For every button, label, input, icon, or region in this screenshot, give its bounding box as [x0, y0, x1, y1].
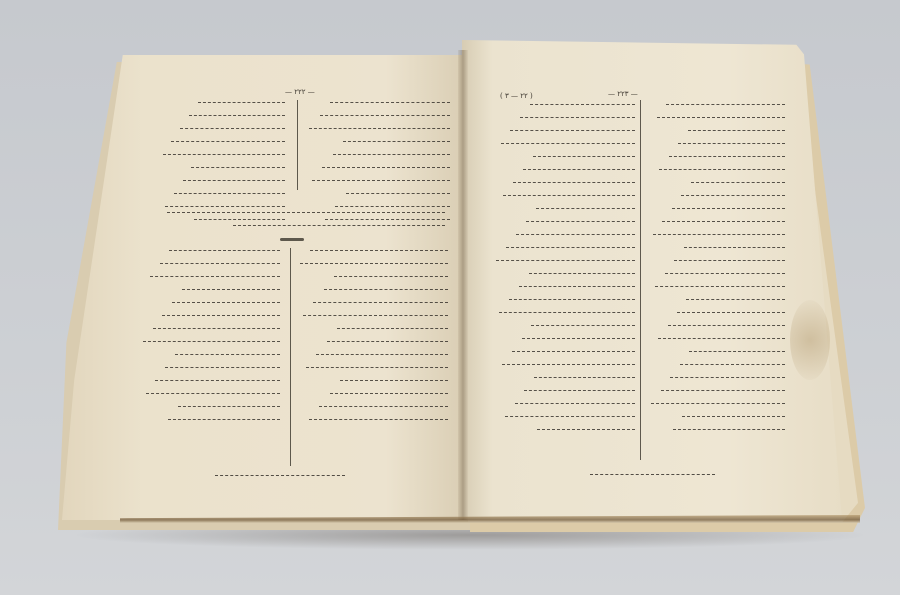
script-line [530, 104, 635, 107]
script-line [160, 263, 280, 266]
script-line [515, 403, 635, 406]
script-line [520, 117, 635, 120]
paper-stain [790, 300, 830, 380]
script-line [653, 234, 785, 237]
script-line [688, 130, 785, 133]
script-line [684, 247, 785, 250]
script-line [510, 130, 635, 133]
script-line [335, 206, 450, 209]
script-line [175, 354, 280, 357]
script-line [533, 156, 635, 159]
script-line [310, 250, 448, 253]
script-line [171, 141, 285, 144]
script-line [168, 419, 280, 422]
section-divider-ornament [280, 238, 304, 241]
script-line [233, 225, 445, 228]
left-page-bottom-col-1 [140, 250, 280, 432]
script-line [686, 299, 785, 302]
script-line [529, 273, 635, 276]
script-line [143, 341, 280, 344]
script-line [346, 193, 450, 196]
script-line [499, 312, 635, 315]
right-page-header-label: ( ٢٢ — ٣ ) [500, 92, 533, 100]
book-spine [458, 50, 468, 520]
script-line [309, 128, 450, 131]
script-line [330, 393, 449, 396]
script-line [322, 167, 450, 170]
script-line [691, 182, 786, 185]
script-line [655, 286, 785, 289]
script-line [680, 364, 785, 367]
script-line [165, 206, 285, 209]
right-page-number: — ٢٢٣ — [608, 90, 638, 98]
script-line [661, 390, 785, 393]
script-line [677, 312, 785, 315]
script-line [503, 195, 635, 198]
script-line [522, 338, 635, 341]
script-line [167, 212, 445, 215]
script-line [673, 429, 785, 432]
right-page-footer [590, 474, 715, 477]
script-line [678, 143, 785, 146]
script-line [312, 180, 450, 183]
script-line [519, 286, 635, 289]
script-line [316, 354, 448, 357]
script-line [666, 104, 785, 107]
script-line [309, 419, 449, 422]
script-line [182, 289, 280, 292]
script-line [162, 315, 280, 318]
script-line [505, 416, 635, 419]
script-line [183, 180, 286, 183]
script-line [150, 276, 280, 279]
script-line [300, 263, 449, 266]
left-bottom-column-rule [290, 248, 291, 466]
script-line [657, 117, 785, 120]
script-line [537, 429, 635, 432]
left-top-column-rule [297, 100, 298, 190]
script-line [496, 260, 635, 263]
script-line [689, 351, 785, 354]
script-line [180, 128, 285, 131]
script-line [681, 195, 785, 198]
script-line [191, 167, 285, 170]
script-line [672, 208, 785, 211]
script-line [651, 403, 785, 406]
script-line [506, 247, 635, 250]
left-page-number: — ٢٢٢ — [285, 88, 315, 96]
script-line [155, 380, 280, 383]
script-line [330, 102, 450, 105]
script-line [333, 154, 450, 157]
right-page-col-2 [650, 104, 785, 442]
script-line [668, 325, 785, 328]
left-page-footer [215, 475, 345, 478]
script-line [536, 208, 635, 211]
script-line [501, 143, 635, 146]
script-line [512, 351, 635, 354]
script-line [178, 406, 280, 409]
left-page-bottom-col-2 [298, 250, 448, 432]
script-line [513, 182, 635, 185]
script-line [303, 315, 449, 318]
script-line [531, 325, 635, 328]
script-line [327, 341, 449, 344]
script-line [306, 367, 449, 370]
script-line [509, 299, 635, 302]
right-column-rule [640, 100, 641, 460]
script-line [659, 169, 785, 172]
script-line [320, 115, 451, 118]
right-page-col-1 [495, 104, 635, 442]
script-line [337, 328, 448, 331]
script-line [319, 406, 448, 409]
script-line [523, 169, 635, 172]
script-line [163, 154, 286, 157]
script-line [165, 367, 280, 370]
left-page-full-width-text [155, 212, 445, 238]
script-line [502, 364, 635, 367]
script-line [340, 380, 448, 383]
script-line [674, 260, 785, 263]
script-line [516, 234, 635, 237]
script-line [682, 416, 785, 419]
script-line [189, 115, 285, 118]
script-line [662, 221, 785, 224]
script-line [313, 302, 448, 305]
script-line [324, 289, 449, 292]
script-line [343, 141, 450, 144]
script-line [665, 273, 785, 276]
script-line [198, 102, 286, 105]
script-line [334, 276, 448, 279]
script-line [153, 328, 280, 331]
script-line [174, 193, 285, 196]
script-line [172, 302, 280, 305]
script-line [146, 393, 280, 396]
script-line [526, 221, 635, 224]
script-line [524, 390, 635, 393]
script-line [669, 156, 785, 159]
script-line [534, 377, 635, 380]
script-line [658, 338, 785, 341]
script-line [169, 250, 280, 253]
script-line [670, 377, 785, 380]
